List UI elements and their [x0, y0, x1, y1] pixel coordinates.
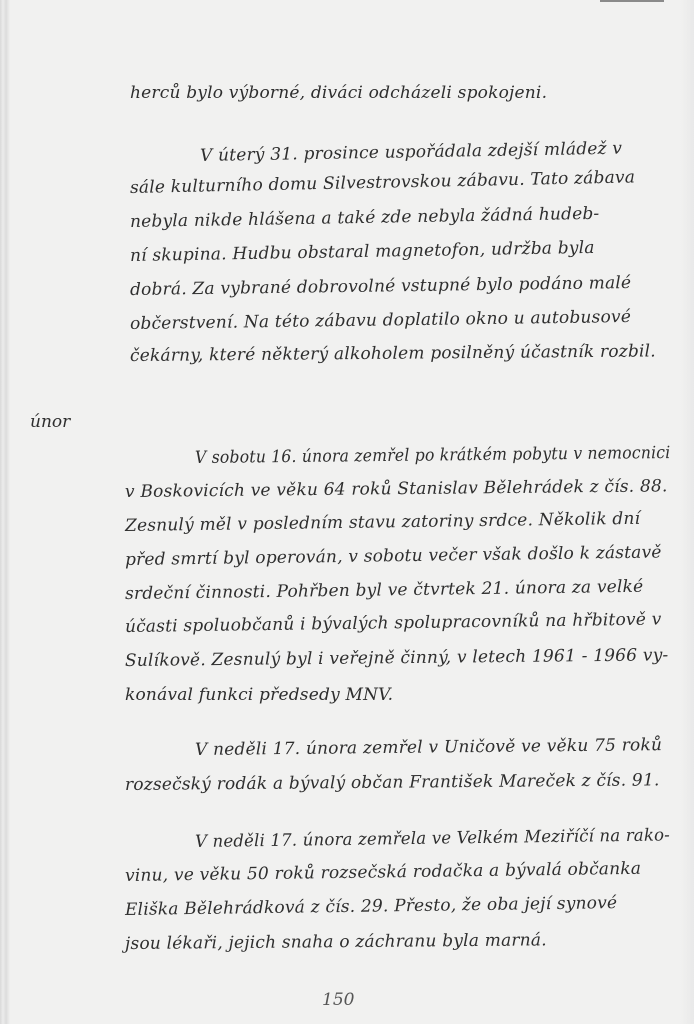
text-line: rozsečský rodák a bývalý občan František… — [125, 770, 660, 795]
text-line: Sulíkově. Zesnulý byl i veřejně činný, v… — [125, 645, 669, 671]
scanned-page: herců bylo výborné, diváci odcházeli spo… — [0, 0, 694, 1024]
text-line: dobrá. Za vybrané dobrovolné vstupné byl… — [130, 273, 632, 300]
text-line: nebyla nikde hlášena a také zde nebyla ž… — [130, 204, 600, 232]
text-line: V úterý 31. prosince uspořádala zdejší m… — [200, 139, 623, 166]
text-line: občerstvení. Na této zábavu doplatilo ok… — [130, 307, 631, 334]
margin-note-month: únor — [30, 412, 70, 432]
text-line: vinu, ve věku 50 roků rozsečská rodačka … — [125, 859, 641, 886]
text-line: Eliška Bělehrádková z čís. 29. Přesto, ž… — [125, 893, 618, 920]
text-line: herců bylo výborné, diváci odcházeli spo… — [130, 83, 547, 103]
text-line: konával funkci předsedy MNV. — [125, 685, 393, 705]
text-line: sále kulturního domu Silvestrovskou zába… — [130, 167, 635, 198]
text-line: srdeční činnosti. Pohřben byl ve čtvrtek… — [125, 577, 644, 604]
text-line: Zesnulý měl v posledním stavu zatoriny s… — [125, 509, 640, 536]
text-line: v Boskovicích ve věku 64 roků Stanislav … — [125, 476, 668, 502]
text-line: V neděli 17. února zemřela ve Velkém Mez… — [195, 825, 670, 852]
page-number: 150 — [322, 990, 354, 1010]
text-line: účasti spoluobčanů i bývalých spolupraco… — [125, 610, 662, 637]
text-line: před smrtí byl operován, v sobotu večer … — [125, 543, 662, 570]
page-edge — [600, 0, 664, 2]
text-line: čekárny, které některý alkoholem posilně… — [130, 341, 656, 366]
text-line: ní skupina. Hudbu obstaral magnetofon, u… — [130, 238, 595, 266]
text-line: V neděli 17. února zemřel v Uničově ve v… — [195, 735, 662, 760]
text-line: jsou lékaři, jejich snaha o záchranu byl… — [125, 930, 547, 954]
text-line: V sobotu 16. února zemřel po krátkém pob… — [195, 443, 671, 468]
